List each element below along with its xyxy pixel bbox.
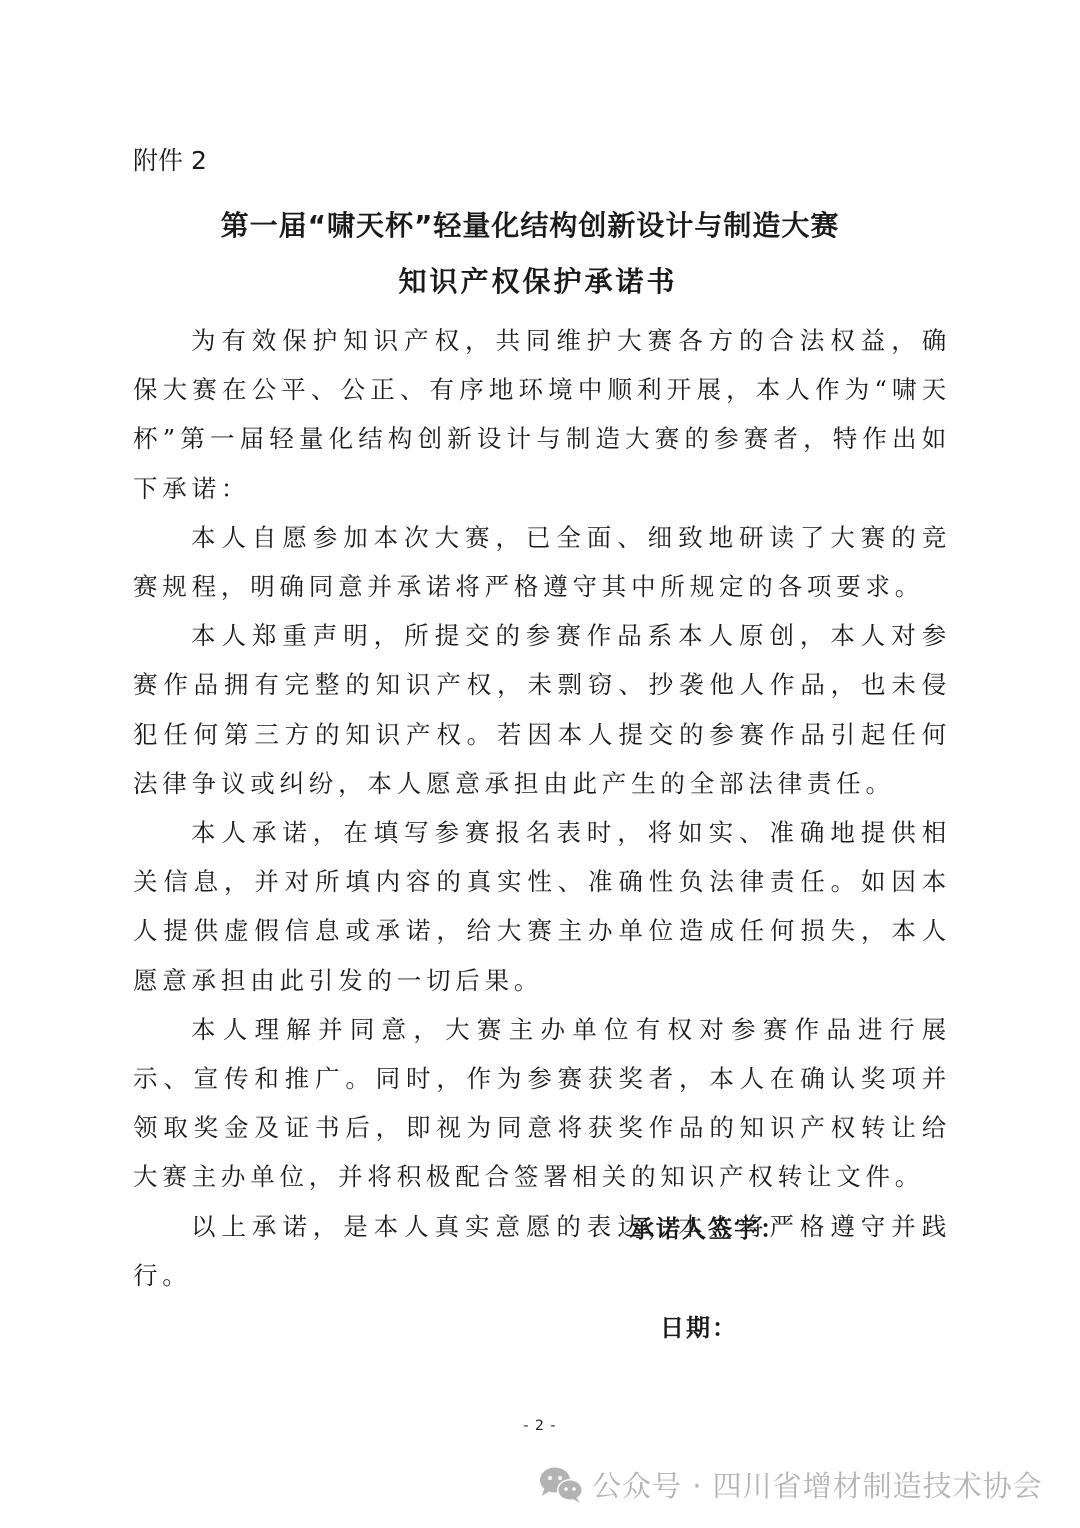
page-number: - 2 - [0, 1418, 1080, 1434]
paragraph-truthfulness: 本人承诺，在填写参赛报名表时，将如实、准确地提供相关信息，并对所填内容的真实性、… [133, 808, 951, 1005]
document-title: 第一届“啸天杯”轻量化结构创新设计与制造大赛 [0, 206, 1070, 246]
wechat-icon [538, 1465, 586, 1505]
date-label: 日期： [660, 1310, 738, 1346]
paragraph-originality: 本人郑重声明，所提交的参赛作品系本人原创，本人对参赛作品拥有完整的知识产权，未剽… [133, 611, 951, 808]
paragraph-voluntary: 本人自愿参加本次大赛，已全面、细致地研读了大赛的竞赛规程，明确同意并承诺将严格遵… [133, 513, 951, 611]
paragraph-conclusion: 以上承诺，是本人真实意愿的表达，本人将严格遵守并践行。 [133, 1202, 951, 1300]
document-body: 为有效保护知识产权，共同维护大赛各方的合法权益，确保大赛在公平、公正、有序地环境… [133, 316, 951, 1300]
signature-label: 承诺人签字： [630, 1211, 786, 1247]
document-subtitle: 知识产权保护承诺书 [0, 262, 1078, 302]
document-page: 附件 2 第一届“啸天杯”轻量化结构创新设计与制造大赛 知识产权保护承诺书 为有… [0, 0, 1080, 1528]
attachment-label: 附件 2 [133, 142, 207, 180]
wechat-watermark: 公众号 · 四川省增材制造技术协会 [538, 1464, 1043, 1505]
watermark-text: 公众号 · 四川省增材制造技术协会 [592, 1464, 1043, 1505]
paragraph-ip-transfer: 本人理解并同意，大赛主办单位有权对参赛作品进行展示、宣传和推广。同时，作为参赛获… [133, 1005, 951, 1202]
paragraph-intro: 为有效保护知识产权，共同维护大赛各方的合法权益，确保大赛在公平、公正、有序地环境… [133, 316, 951, 513]
